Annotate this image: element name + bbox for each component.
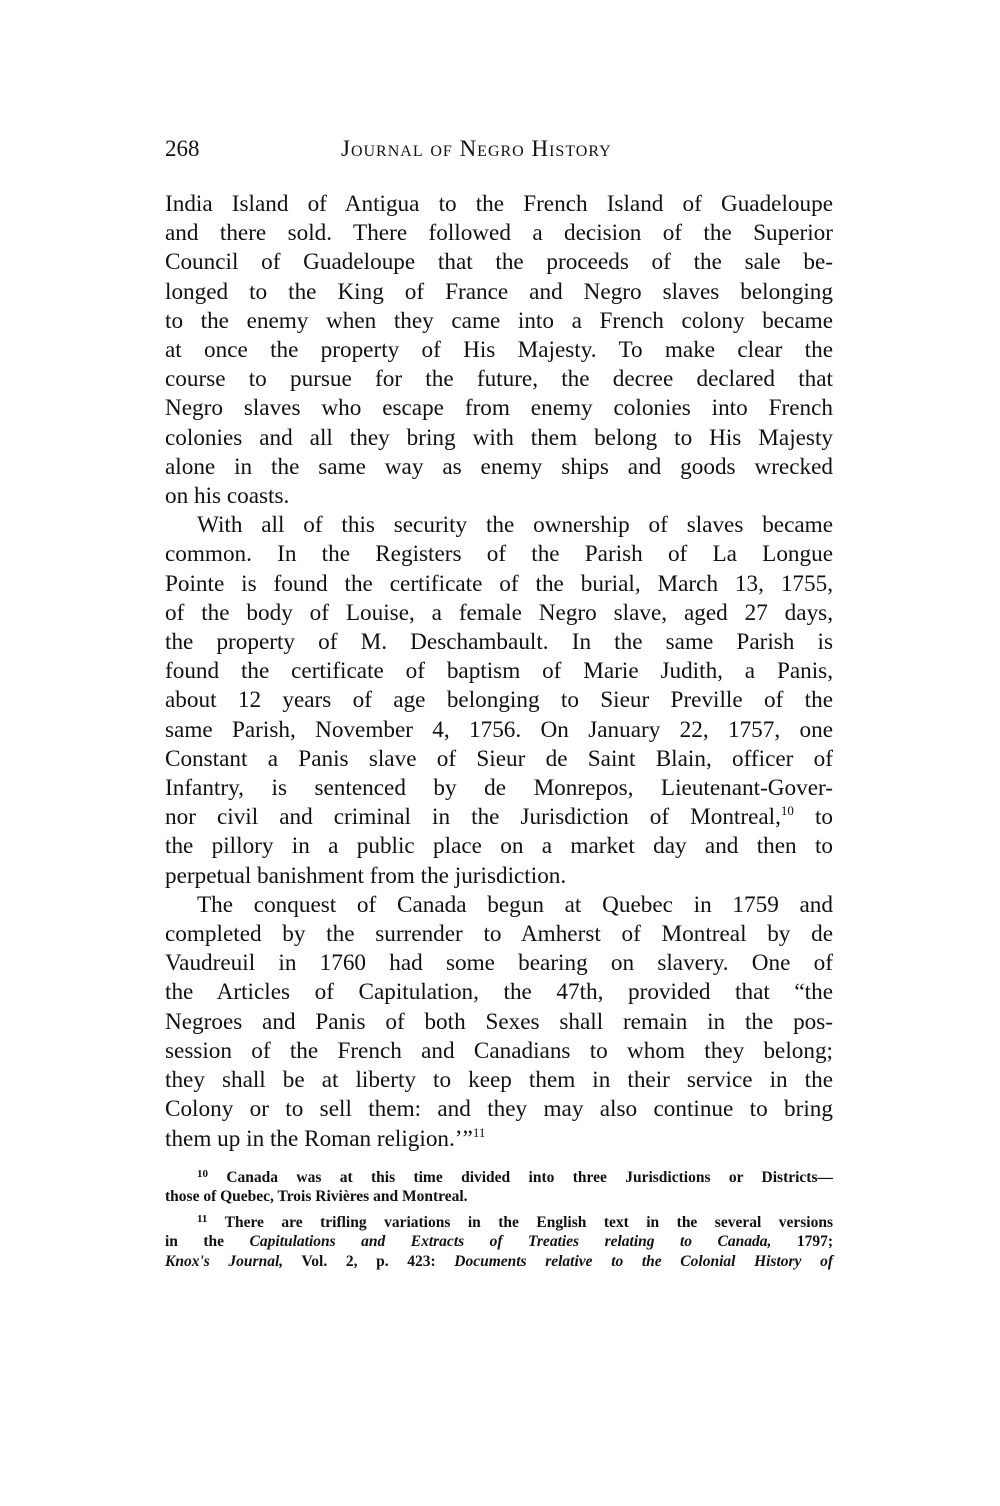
footnote-text: There are trifling variations in the Eng… [225, 1214, 833, 1231]
text-line: With all of this security the ownership … [165, 511, 833, 540]
paragraph: The conquest of Canada begun at Quebec i… [165, 891, 833, 1154]
body-text: India Island of Antigua to the French Is… [165, 190, 833, 1154]
text-line: Negro slaves who escape from enemy colon… [165, 394, 833, 423]
footnote-ref-11[interactable]: 11 [473, 1125, 486, 1140]
footnote-number: 10 [197, 1168, 208, 1180]
text-line: to the enemy when they came into a Frenc… [165, 307, 833, 336]
text-line: common. In the Registers of the Parish o… [165, 540, 833, 569]
footnote-line: in the Capitulations and Extracts of Tre… [165, 1232, 833, 1252]
footnote-text: Canada was at this time divided into thr… [226, 1169, 833, 1186]
text-line: about 12 years of age belonging to Sieur… [165, 686, 833, 715]
text-segment: to [794, 804, 833, 830]
text-line: completed by the surrender to Amherst of… [165, 920, 833, 949]
footnote-text: in the [165, 1233, 250, 1250]
text-line: on his coasts. [165, 482, 833, 511]
footnote-italic-title: Documents relative to the Colonial Histo… [454, 1253, 833, 1270]
text-line: Council of Guadeloupe that the proceeds … [165, 248, 833, 277]
text-line: and there sold. There followed a decisio… [165, 219, 833, 248]
text-line: at once the property of His Majesty. To … [165, 336, 833, 365]
running-head: 268 Journal of Negro History [165, 132, 833, 166]
text-line: Vaudreuil in 1760 had some bearing on sl… [165, 949, 833, 978]
text-line: of the body of Louise, a female Negro sl… [165, 599, 833, 628]
text-line: found the certificate of baptism of Mari… [165, 657, 833, 686]
text-line: The conquest of Canada begun at Quebec i… [165, 891, 833, 920]
text-line: Constant a Panis slave of Sieur de Saint… [165, 745, 833, 774]
text-line: alone in the same way as enemy ships and… [165, 453, 833, 482]
footnote-italic-title: Capitulations and Extracts of Treaties r… [250, 1233, 772, 1250]
text-line-with-footnote: nor civil and criminal in the Jurisdicti… [165, 803, 833, 832]
paragraph: India Island of Antigua to the French Is… [165, 190, 833, 511]
paragraph: With all of this security the ownership … [165, 511, 833, 891]
text-line: Colony or to sell them: and they may als… [165, 1095, 833, 1124]
text-line: the property of M. Deschambault. In the … [165, 628, 833, 657]
journal-title: Journal of Negro History [341, 132, 612, 166]
text-line: colonies and all they bring with them be… [165, 424, 833, 453]
footnote-10: 10 Canada was at this time divided into … [165, 1168, 833, 1207]
footnote-text: Vol. 2, p. 423: [283, 1253, 454, 1270]
text-line: the pillory in a public place on a marke… [165, 832, 833, 861]
text-line: Infantry, is sentenced by de Monrepos, L… [165, 774, 833, 803]
text-line: India Island of Antigua to the French Is… [165, 190, 833, 219]
document-page: 268 Journal of Negro History India Islan… [165, 132, 833, 1271]
text-line-with-footnote: them up in the Roman religion.’”11 [165, 1125, 833, 1154]
text-line: course to pursue for the future, the dec… [165, 365, 833, 394]
text-line: same Parish, November 4, 1756. On Januar… [165, 716, 833, 745]
text-line: perpetual banishment from the jurisdicti… [165, 862, 833, 891]
text-segment: nor civil and criminal in the Jurisdicti… [165, 804, 781, 830]
footnote-italic-title: Knox's Journal, [165, 1253, 283, 1270]
footnote-11: 11 There are trifling variations in the … [165, 1213, 833, 1272]
footnote-line: 11 There are trifling variations in the … [165, 1213, 833, 1233]
footnote-text: 1797; [771, 1233, 833, 1250]
footnote-line: those of Quebec, Trois Rivières and Mont… [165, 1187, 833, 1207]
text-line: Negroes and Panis of both Sexes shall re… [165, 1008, 833, 1037]
footnote-line: 10 Canada was at this time divided into … [165, 1168, 833, 1188]
page-number: 268 [165, 132, 200, 166]
text-line: they shall be at liberty to keep them in… [165, 1066, 833, 1095]
footnote-line: Knox's Journal, Vol. 2, p. 423: Document… [165, 1252, 833, 1272]
footnote-ref-10[interactable]: 10 [781, 803, 794, 818]
text-line: Pointe is found the certificate of the b… [165, 570, 833, 599]
text-segment: them up in the Roman religion.’” [165, 1126, 473, 1152]
text-line: longed to the King of France and Negro s… [165, 278, 833, 307]
text-line: session of the French and Canadians to w… [165, 1037, 833, 1066]
text-line: the Articles of Capitulation, the 47th, … [165, 978, 833, 1007]
footnotes: 10 Canada was at this time divided into … [165, 1168, 833, 1272]
footnote-number: 11 [197, 1213, 207, 1225]
